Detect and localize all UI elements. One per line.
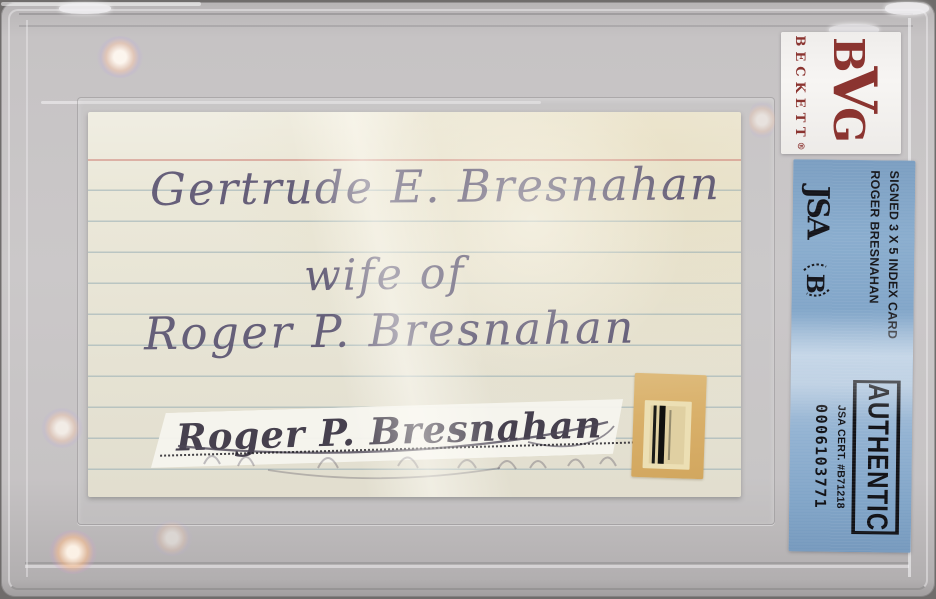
beckett-wordmark: BECKETT® xyxy=(792,32,807,154)
cert-item-line2: ROGER BRESNAHAN xyxy=(864,170,885,339)
cert-item-line1: SIGNED 3 X 5 INDEX CARD xyxy=(882,170,903,339)
slab-seam-line xyxy=(19,25,913,27)
beckett-name: BECKETT xyxy=(792,35,807,141)
slab-edge-highlight-left xyxy=(26,20,28,577)
photo-of-graded-slab: Gertrude E. Bresnahan wife of Roger P. B… xyxy=(0,0,936,599)
seal-letter: B xyxy=(801,273,830,294)
authentic-status-badge: AUTHENTIC xyxy=(851,380,900,535)
tape-window-frame xyxy=(643,400,692,470)
cut-signature: Roger P. Bresnahan xyxy=(175,402,603,459)
registered-trademark-symbol: ® xyxy=(795,142,805,151)
slab-holder: Gertrude E. Bresnahan wife of Roger P. B… xyxy=(1,2,935,597)
slab-step-line xyxy=(25,562,909,564)
jsa-logo: JSA xyxy=(799,185,835,237)
index-card: Gertrude E. Bresnahan wife of Roger P. B… xyxy=(88,112,741,497)
print-fragment-bar xyxy=(652,405,657,463)
print-fragment xyxy=(649,405,686,464)
slab-seam-line xyxy=(19,13,913,15)
jsa-cert-label: SIGNED 3 X 5 INDEX CARD ROGER BRESNAHAN … xyxy=(789,159,916,552)
handwriting-line-1: Gertrude E. Bresnahan xyxy=(150,157,721,216)
bvg-logo-letter-g: G xyxy=(829,107,867,143)
print-fragment-bar xyxy=(658,406,666,464)
cert-number: JSA CERT. #B71218 xyxy=(834,380,848,534)
slab-step-highlight xyxy=(25,565,909,568)
lens-flare xyxy=(49,530,97,574)
handwriting-line-2: wife of xyxy=(304,249,466,302)
authentication-block: AUTHENTIC JSA CERT. #B71218 0006103771 xyxy=(811,380,901,535)
tape-patch xyxy=(631,373,707,479)
print-fragment-bar xyxy=(668,410,671,460)
bvg-logo: B V G xyxy=(827,32,881,148)
bvg-brand-label: B V G BECKETT® xyxy=(781,32,901,154)
lens-flare xyxy=(97,36,143,78)
weld-notch xyxy=(59,3,111,14)
beckett-b-seal-icon: B xyxy=(800,256,833,304)
serial-number: 0006103771 xyxy=(811,380,831,534)
lens-flare xyxy=(151,520,193,556)
cert-item-description: SIGNED 3 X 5 INDEX CARD ROGER BRESNAHAN xyxy=(864,170,904,339)
handwriting-line-3: Roger P. Bresnahan xyxy=(144,301,637,361)
weld-notch xyxy=(885,2,929,15)
